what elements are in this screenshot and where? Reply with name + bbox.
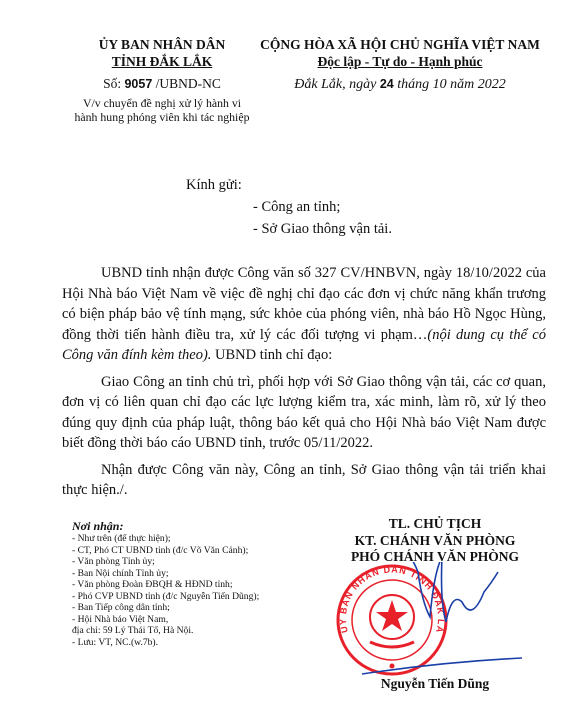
recipients-list: Nơi nhận: - Như trên (để thực hiện); - C… [72, 520, 312, 648]
nation-title: CỘNG HÒA XÃ HỘI CHỦ NGHĨA VIỆT NAM [250, 36, 550, 53]
document-number: Số: 9057 /UBND-NC [62, 74, 262, 94]
svg-text:ỦY BAN NHÂN DÂN TỈNH ĐẮK LẮK: ỦY BAN NHÂN DÂN TỈNH ĐẮK LẮK [322, 562, 446, 635]
signature-title-2: KT. CHÁNH VĂN PHÒNG [310, 533, 560, 550]
addressee-label: Kính gửi: [186, 177, 242, 194]
signature-title-1: TL. CHỦ TỊCH [310, 516, 560, 533]
agency-name: ỦY BAN NHÂN DÂN [62, 36, 262, 53]
recipient-item: - Như trên (để thực hiện); [72, 533, 312, 545]
body-paragraph-3: Nhận được Công văn này, Công an tỉnh, Sở… [62, 460, 546, 501]
recipient-item: - CT, Phó CT UBND tỉnh (đ/c Võ Văn Cảnh)… [72, 545, 312, 557]
document-body: UBND tỉnh nhận được Công văn số 327 CV/H… [62, 263, 546, 507]
issuing-agency-block: ỦY BAN NHÂN DÂN TỈNH ĐẮK LẮK Số: 9057 /U… [62, 36, 262, 124]
official-stamp-and-signature-icon: ỦY BAN NHÂN DÂN TỈNH ĐẮK LẮK [322, 562, 542, 682]
body-paragraph-1: UBND tỉnh nhận được Công văn số 327 CV/H… [62, 263, 546, 366]
recipient-item: địa chỉ: 59 Lý Thái Tổ, Hà Nội. [72, 625, 312, 637]
national-header-block: CỘNG HÒA XÃ HỘI CHỦ NGHĨA VIỆT NAM Độc l… [250, 36, 550, 95]
document-date: Đắk Lắk, ngày 24 tháng 10 năm 2022 [250, 74, 550, 95]
national-motto: Độc lập - Tự do - Hạnh phúc [250, 53, 550, 70]
red-seal-icon: ỦY BAN NHÂN DÂN TỈNH ĐẮK LẮK [322, 562, 446, 674]
addressee-item: - Sở Giao thông vận tải. [253, 221, 392, 238]
recipient-item: - Ban Nội chính Tỉnh ủy; [72, 568, 312, 580]
recipients-title: Nơi nhận: [72, 520, 312, 533]
addressee-item: - Công an tỉnh; [253, 199, 340, 216]
recipient-item: - Văn phòng Tỉnh ủy; [72, 556, 312, 568]
agency-province: TỈNH ĐẮK LẮK [62, 53, 262, 70]
recipient-item: - Hội Nhà báo Việt Nam, [72, 614, 312, 626]
body-paragraph-2: Giao Công an tỉnh chủ trì, phối hợp với … [62, 372, 546, 454]
recipient-item: - Ban Tiếp công dân tỉnh; [72, 602, 312, 614]
document-subject: V/v chuyển đề nghị xử lý hành vi hành hu… [62, 97, 262, 124]
recipient-item: - Phó CVP UBND tỉnh (đ/c Nguyễn Tiến Dũn… [72, 591, 312, 603]
signer-name: Nguyễn Tiến Dũng [310, 676, 560, 692]
recipient-item: - Lưu: VT, NC.(w.7b). [72, 637, 312, 649]
recipient-item: - Văn phòng Đoàn ĐBQH & HĐND tỉnh; [72, 579, 312, 591]
signature-block: TL. CHỦ TỊCH KT. CHÁNH VĂN PHÒNG PHÓ CHÁ… [310, 516, 560, 566]
document-number-value: 9057 [124, 77, 152, 91]
